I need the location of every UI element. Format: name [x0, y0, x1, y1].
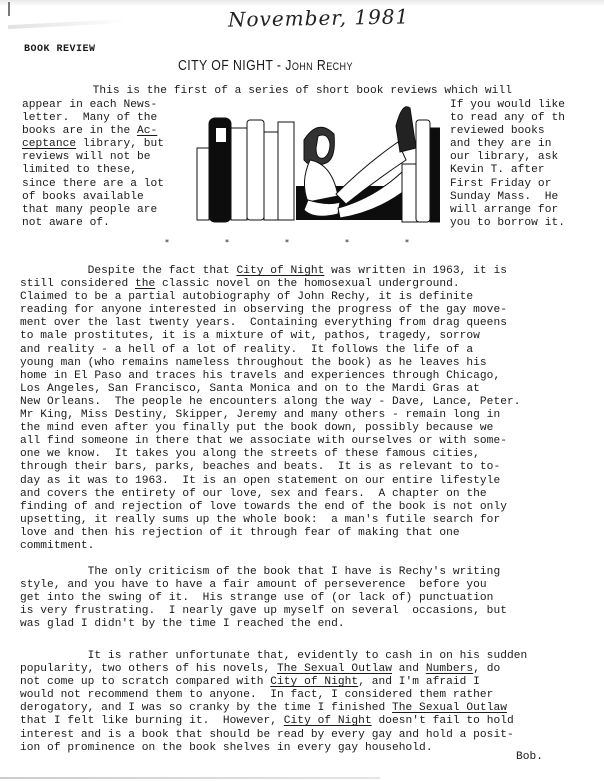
text-line: to male prostitutes, it is a mixture of …: [20, 330, 521, 343]
text-line: commitment.: [20, 540, 521, 553]
text-line: limited to these,: [22, 164, 164, 177]
star-icon: *: [405, 238, 409, 247]
text-line: reading for anyone interested in observi…: [20, 304, 521, 317]
page-title: CITY OF NIGHT - John Rechy: [178, 57, 353, 74]
review-paragraph-1: Despite the fact that City of Night was …: [20, 265, 521, 553]
scan-edge-bottom: [0, 777, 380, 779]
text-line: one we know. It takes you along the stre…: [20, 448, 521, 461]
star-icon: *: [225, 238, 229, 247]
text-line: still considered the classic novel on th…: [20, 278, 521, 291]
text-line: upsetting, it really sums up the whole b…: [20, 514, 521, 527]
scan-smudge: [8, 19, 128, 29]
intro-left-column: appear in each News-letter. Many of theb…: [22, 99, 164, 230]
text-line: you to borrow it.: [450, 217, 565, 230]
text-line: our library, ask: [450, 151, 565, 164]
scan-edge: [0, 0, 604, 6]
underlined-title: City of Night: [284, 715, 372, 727]
underlined-title: The Sexual Outlaw: [392, 702, 507, 714]
text-line: letter. Many of the: [22, 112, 164, 125]
book-spine-icon: [278, 122, 294, 220]
underlined-title: the: [135, 278, 155, 290]
text-line: all find someone in there that we associ…: [20, 435, 521, 448]
star-icon: *: [345, 238, 349, 247]
signature: Bob.: [516, 751, 543, 764]
underlined-title: The Sexual Outlaw: [277, 663, 392, 675]
handwritten-date: November, 1981: [228, 4, 410, 31]
text-line: to read any of th: [450, 112, 565, 125]
text-line: was glad I didn't by the time I reached …: [20, 618, 507, 631]
underlined-title: City of Night: [270, 676, 358, 688]
text-line: appear in each News-: [22, 99, 164, 112]
text-line: popularity, two others of his novels, Th…: [20, 663, 527, 676]
text-line: since there are a lot: [22, 178, 164, 191]
section-label: BOOK REVIEW: [24, 44, 96, 55]
text-line: First Friday or: [450, 178, 565, 191]
review-paragraph-3: It is rather unfortunate that, evidently…: [20, 650, 527, 755]
text-line: not come up to scratch compared with Cit…: [20, 676, 527, 689]
text-line: It is rather unfortunate that, evidently…: [20, 650, 527, 663]
text-line: will arrange for: [450, 204, 565, 217]
text-line: Los Angeles, San Francisco, Santa Monica…: [20, 383, 521, 396]
text-line: not aware of.: [22, 217, 164, 230]
review-paragraph-2: The only criticism of the book that I ha…: [20, 566, 507, 631]
underlined-library-name: Ac-: [137, 125, 157, 137]
underlined-library-name: ceptance: [22, 138, 76, 150]
text-line: interest and is a book that should be re…: [20, 729, 527, 742]
woman-reclining-between-books-illustration: [192, 100, 440, 228]
book-spine-icon: [430, 128, 440, 222]
text-line: through their bars, parks, beaches and b…: [20, 461, 521, 474]
book-spine-icon: [264, 132, 278, 220]
book-spine-icon: [416, 120, 430, 222]
text-line: and covers the entirety of our love, sex…: [20, 488, 521, 501]
text-line: young man (who remains nameless througho…: [20, 357, 521, 370]
text-line: Mr King, Miss Destiny, Skipper, Jeremy a…: [20, 409, 521, 422]
text-line: and reality - a hell of a lot of reality…: [20, 344, 521, 357]
text-line: that many people are: [22, 204, 164, 217]
text-line: and they are in: [450, 138, 565, 151]
scan-mark: [8, 2, 10, 16]
text-line: The only criticism of the book that I ha…: [20, 566, 507, 579]
star-icon: *: [165, 238, 169, 247]
book-spine-icon: [231, 128, 247, 220]
text-line: New Orleans. The people he encounters al…: [20, 396, 521, 409]
underlined-title: Numbers: [426, 663, 473, 675]
text-line: Despite the fact that City of Night was …: [20, 265, 521, 278]
text-line: day as it was to 1963. It is an open sta…: [20, 475, 521, 488]
text-line: ceptance library, but: [22, 138, 164, 151]
text-line: Sunday Mass. He: [450, 191, 565, 204]
text-line: is very frustrating. I nearly gave up my…: [20, 605, 507, 618]
intro-first-line: This is the first of a series of short b…: [25, 85, 512, 98]
text-line: that I felt like burning it. However, Ci…: [20, 715, 527, 728]
book-spine-icon: [247, 120, 264, 220]
text-line: books are in the Ac-: [22, 125, 164, 138]
title-separator: -: [273, 57, 285, 74]
book-spine-icon: [197, 148, 209, 220]
text-line: Claimed to be a partial autobiography of…: [20, 291, 521, 304]
text-line: home in El Paso and traces his travels a…: [20, 370, 521, 383]
text-line: would not recommend them to anyone. In f…: [20, 689, 527, 702]
text-line: love and then his rejection of it throug…: [20, 527, 521, 540]
text-line: Kevin T. after: [450, 164, 565, 177]
star-icon: *: [285, 238, 289, 247]
text-line: get into the swing of it. His strange us…: [20, 592, 507, 605]
underlined-title: City of Night: [236, 265, 324, 277]
book-title: CITY OF NIGHT: [178, 57, 273, 74]
intro-right-column: If you would liketo read any of threview…: [450, 99, 565, 230]
text-line: of books available: [22, 191, 164, 204]
text-line: reviews will not be: [22, 151, 164, 164]
text-line: finding of and rejection of love towards…: [20, 501, 521, 514]
text-line: ment over the last twenty years. Contain…: [20, 317, 521, 330]
text-line: ion of prominence on the book shelves in…: [20, 742, 527, 755]
text-line: the mind even after you finally put the …: [20, 422, 521, 435]
book-author: John Rechy: [285, 57, 353, 74]
section-divider: * * * * *: [0, 238, 604, 252]
text-line: derogatory, and I was so cranky by the t…: [20, 702, 527, 715]
text-line: If you would like: [450, 99, 565, 112]
text-line: reviewed books: [450, 125, 565, 138]
text-line: style, and you have to have a fair amoun…: [20, 579, 507, 592]
